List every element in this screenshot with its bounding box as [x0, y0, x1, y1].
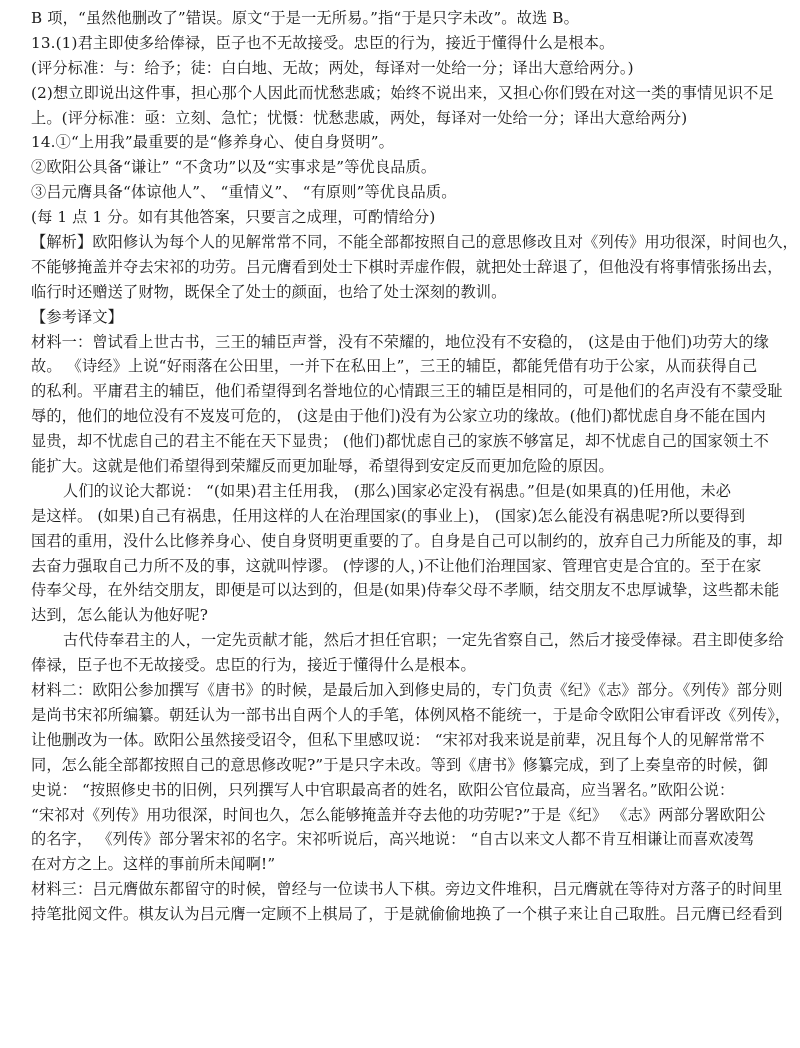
text-line-answer-12b: B 项，“虽然他删改了”错误。原文“于是一无所易。”指“于是只字未改”。故选 B… [31, 6, 771, 31]
text-line-material-1: 是这样。 (如果)自己有祸患，任用这样的人在治理国家(的事业上)， (国家)怎么… [31, 504, 771, 529]
text-line-material-2: 史说： “按照修史书的旧例，只列撰写人中官职最高者的姓名，欧阳公官位最高，应当署… [31, 778, 771, 803]
text-line-material-1: 材料一：曾试看上世古书，三王的辅臣声誉，没有不荣耀的，地位没有不安稳的， (这是… [31, 330, 771, 355]
text-line-scoring-14: (每 1 点 1 分。如有其他答案，只要言之成理，可酌情给分) [31, 205, 771, 230]
text-line-analysis-heading: 【解析】欧阳修认为每个人的见解常常不同，不能全部都按照自己的意思修改且对《列传》… [31, 230, 771, 255]
text-line-material-2: 同，怎么能全部都按照自己的意思修改呢?”于是只字未改。等到《唐书》修纂完成，到了… [31, 753, 771, 778]
text-line-material-1: 辱的，他们的地位没有不岌岌可危的， (这是由于他们)没有为公家立功的缘故。(他们… [31, 404, 771, 429]
text-line-material-1: 达到，怎么能认为他好呢? [31, 603, 771, 628]
text-line-paragraph-start: 人们的议论大都说： “(如果)君主任用我， (那么)国家必定没有祸患。”但是(如… [31, 479, 771, 504]
text-line-material-1: 俸禄，臣子也不无故接受。忠臣的行为，接近于懂得什么是根本。 [31, 653, 771, 678]
text-line-material-3: 持笔批阅文件。棋友认为吕元膺一定顾不上棋局了，于是就偷偷地换了一个棋子来让自己取… [31, 902, 771, 927]
translation-heading: 【参考译文】 [31, 305, 771, 330]
text-line-material-2: 是尚书宋祁所编纂。朝廷认为一部书出自两个人的手笔，体例风格不能统一，于是命令欧阳… [31, 703, 771, 728]
text-line-scoring-13-2: 上。(评分标准：亟：立刻、急忙；忧慑：忧愁悲戚，两处，每译对一处给一分；译出大意… [31, 106, 771, 131]
text-line-material-2: 在对方之上。这样的事前所未闻啊!” [31, 852, 771, 877]
text-line-answer-14-3: ③吕元膺具备“体谅他人”、 “重情义”、 “有原则”等优良品质。 [31, 180, 771, 205]
text-line-material-2: “宋祁对《列传》用功很深，时间也久，怎么能够掩盖并夺去他的功劳呢?”于是《纪》 … [31, 803, 771, 828]
text-line-material-1: 去奋力强取自己力所不及的事，这就叫悖谬。 (悖谬的人，)不让他们治理国家、管理官… [31, 554, 771, 579]
text-line-material-2: 让他删改为一体。欧阳公虽然接受诏令，但私下里感叹说： “宋祁对我来说是前辈，况且… [31, 728, 771, 753]
text-line-scoring-13-1: (评分标准：与：给予；徒：白白地、无故；两处，每译对一处给一分；译出大意给两分。… [31, 56, 771, 81]
text-line-material-1: 国君的重用，没什么比修养身心、使自身贤明更重要的了。自身是自己可以制约的，放弃自… [31, 529, 771, 554]
text-line-material-3: 材料三：吕元膺做东都留守的时候，曾经与一位读书人下棋。旁边文件堆积，吕元膺就在等… [31, 877, 771, 902]
text-line-analysis: 不能够掩盖并夺去宋祁的功劳。吕元膺看到处士下棋时弄虚作假，就把处士辞退了，但他没… [31, 255, 771, 280]
text-line-material-1: 故。 《诗经》上说“好雨落在公田里，一并下在私田上”，三王的辅臣，都能凭借有功于… [31, 354, 771, 379]
text-line-paragraph-start: 古代侍奉君主的人，一定先贡献才能，然后才担任官职；一定先省察自己，然后才接受俸禄… [31, 628, 771, 653]
text-line-answer-13-2: (2)想立即说出这件事，担心那个人因此而忧愁悲戚；始终不说出来，又担心你们毁在对… [31, 81, 771, 106]
document-page: B 项，“虽然他删改了”错误。原文“于是一无所易。”指“于是只字未改”。故选 B… [31, 6, 771, 927]
text-line-material-1: 能扩大。这就是他们希望得到荣耀反而更加耻辱，希望得到安定反而更加危险的原因。 [31, 454, 771, 479]
text-line-material-2: 的名字， 《列传》部分署宋祁的名字。宋祁听说后，高兴地说： “自古以来文人都不肯… [31, 827, 771, 852]
text-line-answer-13-1: 13.(1)君主即使多给俸禄，臣子也不无故接受。忠臣的行为，接近于懂得什么是根本… [31, 31, 771, 56]
text-line-material-1: 显贵，却不忧虑自己的君主不能在天下显贵； (他们)都忧虑自己的家族不够富足，却不… [31, 429, 771, 454]
text-line-material-1: 侍奉父母，在外结交朋友，即便是可以达到的，但是(如果)侍奉父母不孝顺，结交朋友不… [31, 578, 771, 603]
text-line-material-2: 材料二：欧阳公参加撰写《唐书》的时候，是最后加入到修史局的，专门负责《纪》《志》… [31, 678, 771, 703]
text-line-answer-14-2: ②欧阳公具备“谦让” “不贪功”以及“实事求是”等优良品质。 [31, 155, 771, 180]
text-line-analysis: 临行时还赠送了财物，既保全了处士的颜面，也给了处士深刻的教训。 [31, 280, 771, 305]
text-line-answer-14-1: 14.①“上用我”最重要的是“修养身心、使自身贤明”。 [31, 130, 771, 155]
text-line-material-1: 的私利。平庸君主的辅臣，他们希望得到名誉地位的心情跟三王的辅臣是相同的，可是他们… [31, 379, 771, 404]
